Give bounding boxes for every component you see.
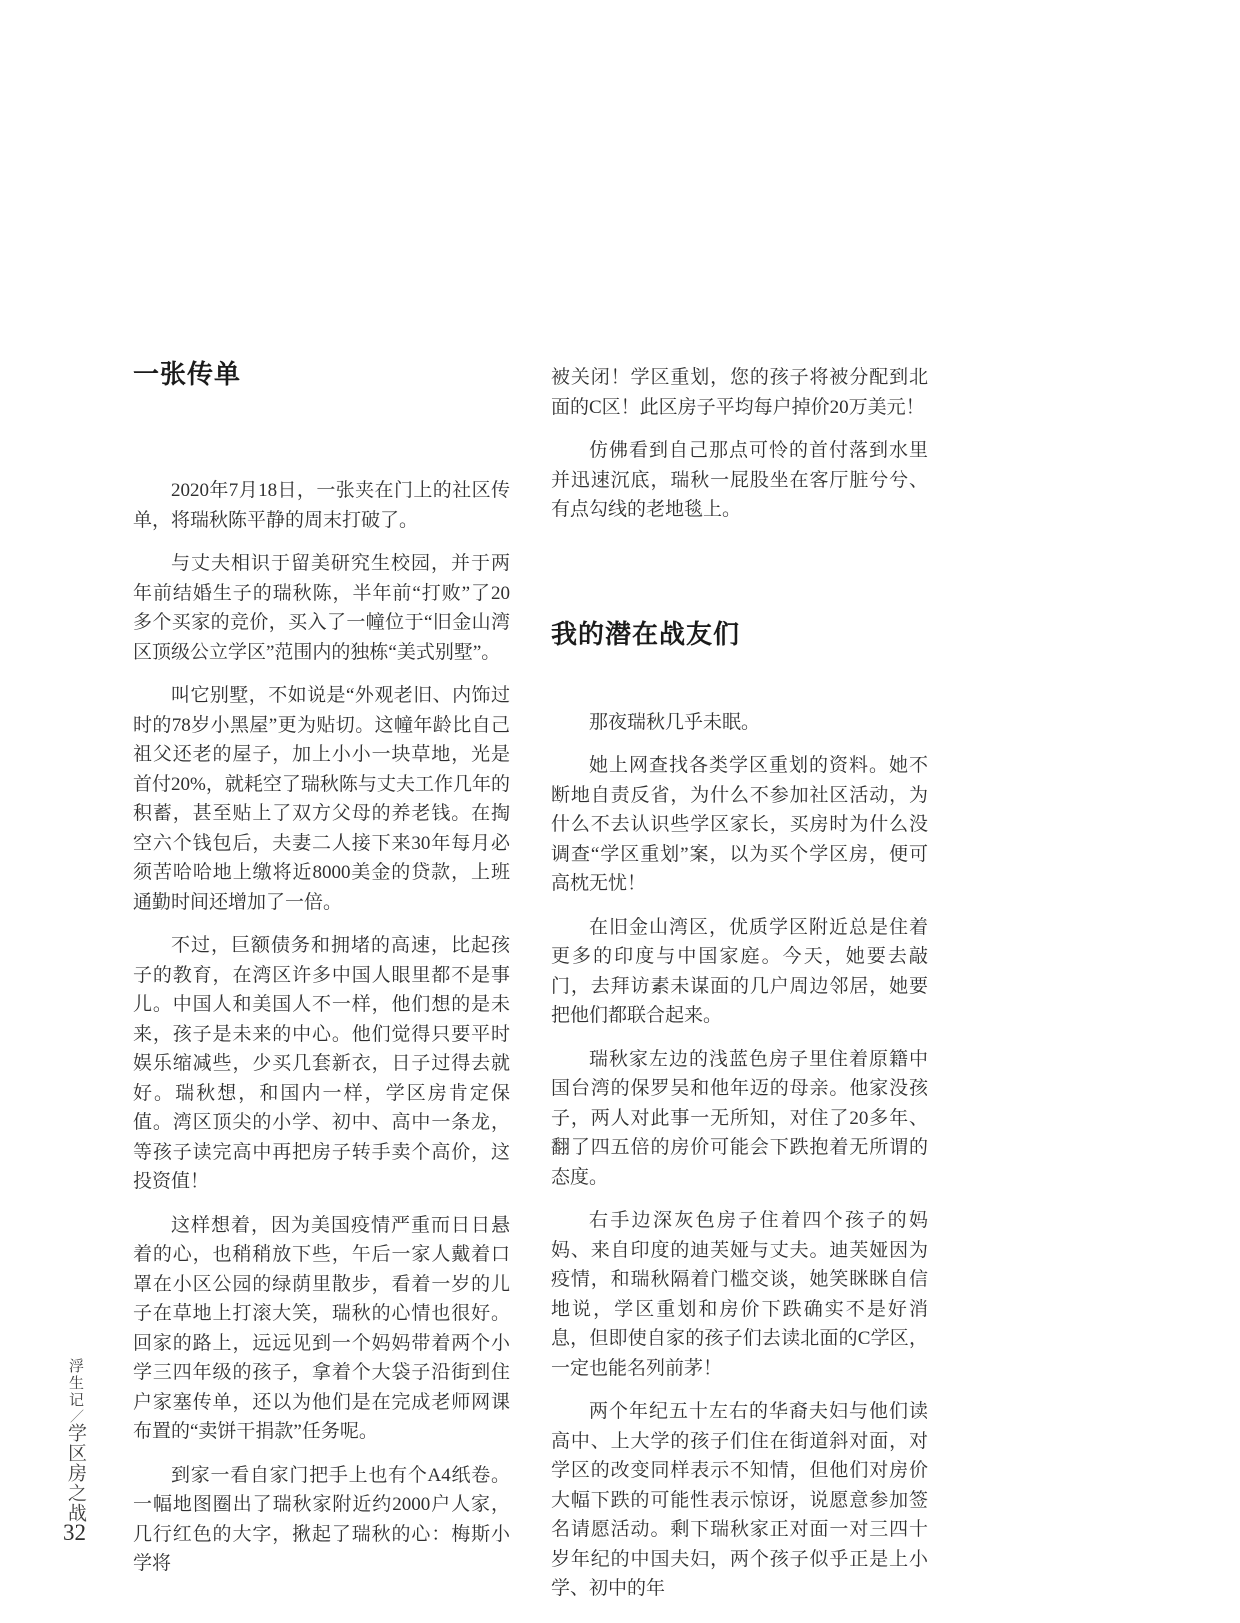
left-column-heading: 一张传单 [133,358,510,392]
body-paragraph: 叫它别墅，不如说是“外观老旧、内饰过时的78岁小黑屋”更为贴切。这幢年龄比自己祖… [133,681,510,917]
magazine-page: 一张传单 2020年7月18日，一张夹在门上的社区传单，将瑞秋陈平静的周末打破了… [0,0,1240,1623]
body-paragraph: 这样想着，因为美国疫情严重而日日悬着的心，也稍稍放下些，午后一家人戴着口罩在小区… [133,1211,510,1447]
body-paragraph: 2020年7月18日，一张夹在门上的社区传单，将瑞秋陈平静的周末打破了。 [133,476,510,535]
right-column-heading: 我的潜在战友们 [551,618,928,652]
body-paragraph: 那夜瑞秋几乎未眠。 [551,708,928,738]
body-paragraph: 在旧金山湾区，优质学区附近总是住着更多的印度与中国家庭。今天，她要去敲门，去拜访… [551,913,928,1031]
sidebar-article-title: 学区房之战 [65,1423,86,1523]
body-paragraph: 到家一看自家门把手上也有个A4纸卷。一幅地图圈出了瑞秋家附近约2000户人家，几… [133,1461,510,1579]
page-number: 32 [63,1520,86,1546]
sidebar-series-title: 浮生记 [67,1358,83,1409]
body-paragraph: 与丈夫相识于留美研究生校园，并于两年前结婚生子的瑞秋陈，半年前“打败”了20多个… [133,549,510,667]
left-column: 一张传单 2020年7月18日，一张夹在门上的社区传单，将瑞秋陈平静的周末打破了… [133,358,510,1593]
body-paragraph: 两个年纪五十左右的华裔夫妇与他们读高中、上大学的孩子们住在街道斜对面，对学区的改… [551,1397,928,1604]
body-paragraph: 仿佛看到自己那点可怜的首付落到水里并迅速沉底，瑞秋一屁股坐在客厅脏兮兮、有点勾线… [551,436,928,525]
body-paragraph: 不过，巨额债务和拥堵的高速，比起孩子的教育，在湾区许多中国人眼里都不是事儿。中国… [133,931,510,1197]
body-paragraph-continuation: 被关闭！学区重划，您的孩子将被分配到北面的C区！此区房子平均每户掉价20万美元！ [551,363,928,422]
sidebar-slash-separator: ／ [68,1409,83,1423]
body-paragraph: 瑞秋家左边的浅蓝色房子里住着原籍中国台湾的保罗吴和他年迈的母亲。他家没孩子，两人… [551,1045,928,1193]
sidebar-vertical-title: 浮生记／学区房之战 [62,1358,88,1523]
body-paragraph: 右手边深灰色房子住着四个孩子的妈妈、来自印度的迪芙娅与丈夫。迪芙娅因为疫情，和瑞… [551,1206,928,1383]
body-paragraph: 她上网查找各类学区重划的资料。她不断地自责反省，为什么不参加社区活动，为什么不去… [551,751,928,899]
right-column: 被关闭！学区重划，您的孩子将被分配到北面的C区！此区房子平均每户掉价20万美元！… [551,363,928,1618]
